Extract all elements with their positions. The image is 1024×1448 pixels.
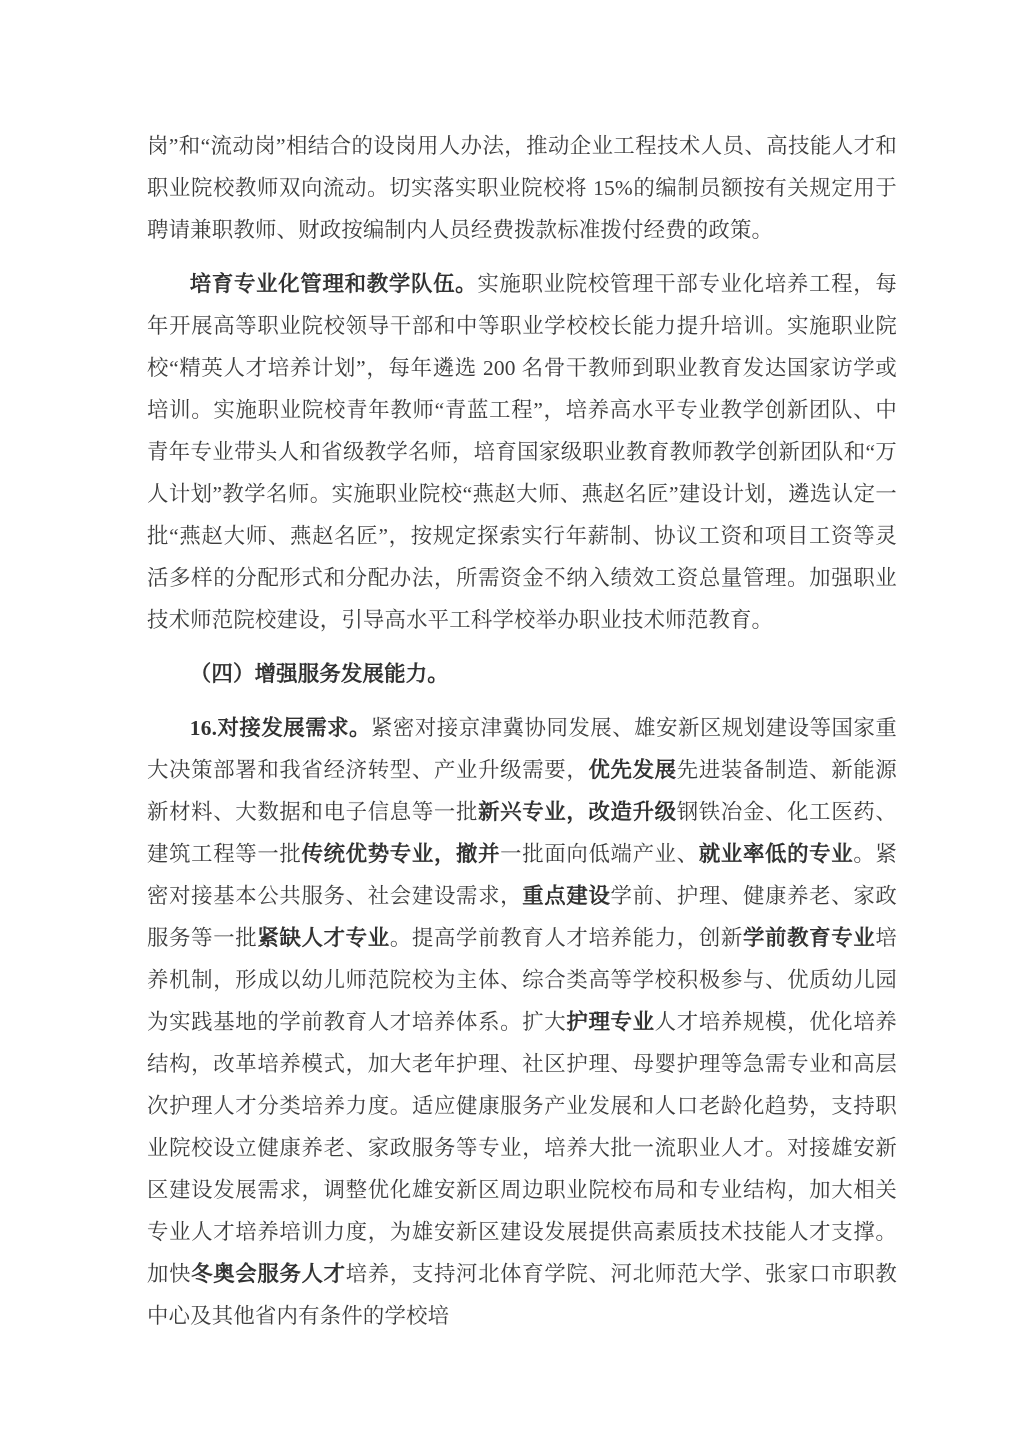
emphasis-text-run: 就业率低的专业 [699, 842, 854, 866]
emphasis-text-run: 学前教育专业 [743, 926, 875, 950]
paragraph-16-development-needs: 16.对接发展需求。紧密对接京津冀协同发展、雄安新区规划建设等国家重大决策部署和… [147, 707, 897, 1337]
paragraph-management-teaching-team: 培育专业化管理和教学队伍。实施职业院校管理干部专业化培养工程，每年开展高等职业院… [147, 263, 897, 641]
body-text-run: 。提高学前教育人才培养能力，创新 [390, 926, 743, 950]
section-heading-four: （四）增强服务发展能力。 [147, 653, 897, 695]
emphasis-text-run: （四）增强服务发展能力。 [190, 662, 449, 686]
document-page: 岗”和“流动岗”相结合的设岗用人办法，推动企业工程技术人员、高技能人才和职业院校… [0, 0, 1024, 1448]
emphasis-text-run: 新兴专业，改造升级 [478, 800, 677, 824]
emphasis-text-run: 重点建设 [522, 884, 610, 908]
emphasis-text-run: 紧缺人才专业 [257, 926, 389, 950]
emphasis-text-run: 优先发展 [588, 758, 676, 782]
emphasis-text-run: 传统优势专业，撤并 [302, 842, 501, 866]
emphasis-text-run: 护理专业 [566, 1010, 654, 1034]
emphasis-text-run: 培育专业化管理和教学队伍。 [190, 272, 478, 296]
body-text-run: 人才培养规模，优化培养结构，改革培养模式，加大老年护理、社区护理、母婴护理等急需… [147, 1010, 897, 1286]
paragraph-continuation-staffing-policy: 岗”和“流动岗”相结合的设岗用人办法，推动企业工程技术人员、高技能人才和职业院校… [147, 125, 897, 251]
emphasis-text-run: 16.对接发展需求。 [190, 716, 371, 740]
body-text-run: 一批面向低端产业、 [500, 842, 699, 866]
body-text-run: 实施职业院校管理干部专业化培养工程，每年开展高等职业院校领导干部和中等职业学校校… [147, 272, 897, 632]
body-text-run: 岗”和“流动岗”相结合的设岗用人办法，推动企业工程技术人员、高技能人才和职业院校… [147, 134, 897, 242]
document-body: 岗”和“流动岗”相结合的设岗用人办法，推动企业工程技术人员、高技能人才和职业院校… [147, 125, 897, 1349]
emphasis-text-run: 冬奥会服务人才 [191, 1262, 346, 1286]
